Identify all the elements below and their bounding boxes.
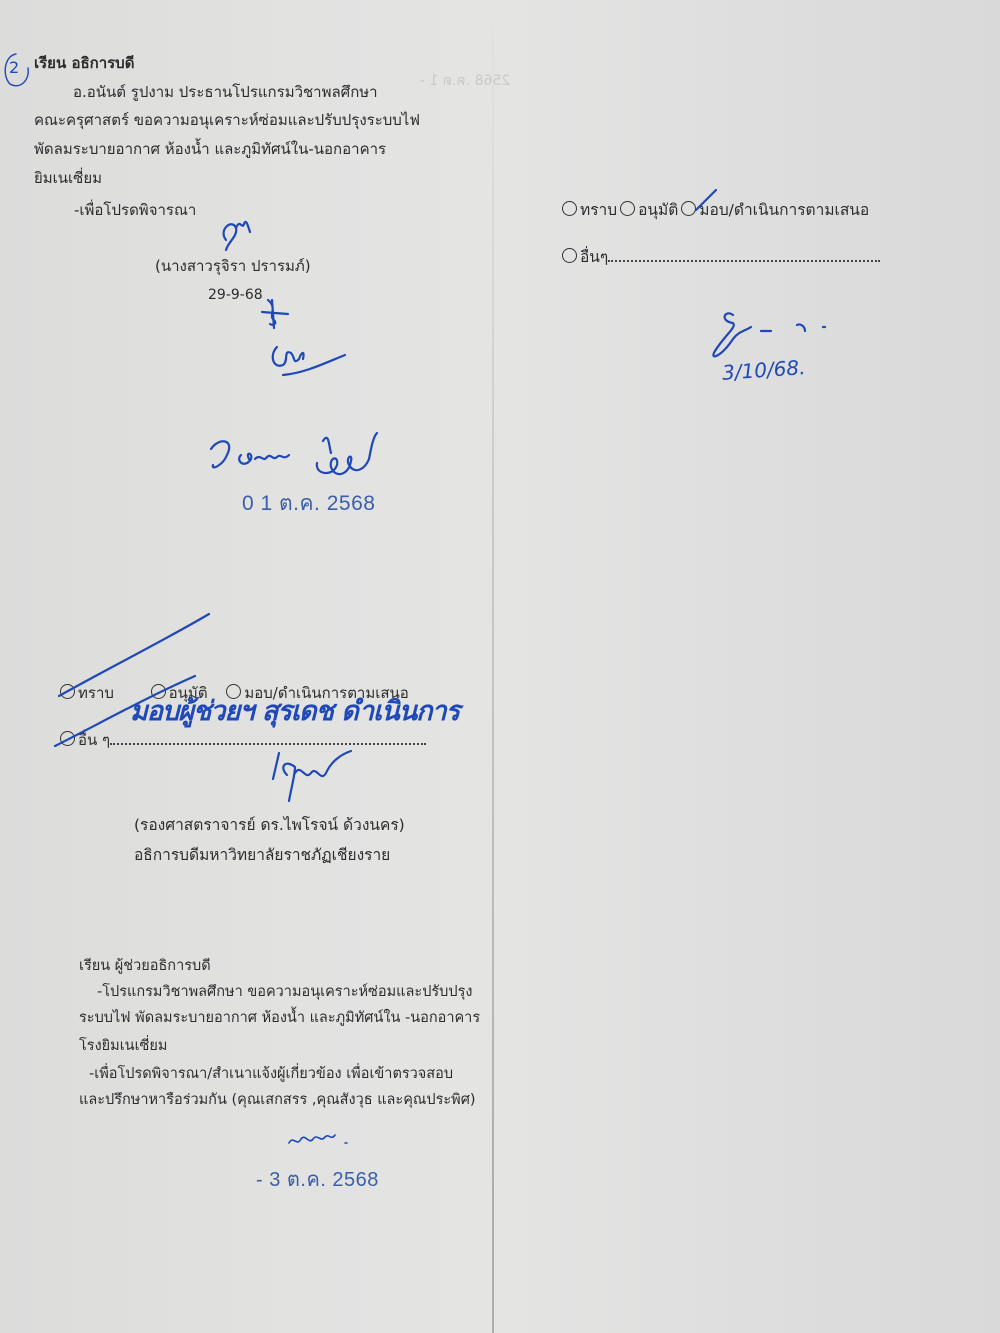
body-line: ยิมเนเซี่ยม <box>34 168 102 188</box>
option-label: ทราบ <box>580 201 617 219</box>
signer-name: (รองศาสตราจารย์ ดร.ไพโรจน์ ด้วงนคร) <box>134 815 405 835</box>
body-line: พัดลมระบายอากาศ ห้องน้ำ และภูมิทัศน์ใน-น… <box>34 139 386 159</box>
other-option: อื่นๆ <box>562 247 880 267</box>
handwritten-initials <box>258 290 298 335</box>
page-fold-line <box>492 0 494 1333</box>
body-line: -โปรแกรมวิชาพลศึกษา ขอความอนุเคราะห์ซ่อม… <box>97 982 472 1002</box>
item-number: 2 <box>9 58 19 78</box>
other-fill-line[interactable] <box>608 260 880 262</box>
body-line: คณะครุศาสตร์ ขอความอนุเคราะห์ซ่อมและปรับ… <box>34 110 420 130</box>
bleed-through-text: 2568 .ค.ต 1 - <box>420 70 510 92</box>
body-line: โรงยิมเนเซี่ยม <box>79 1036 167 1056</box>
signed-date: 29-9-68 <box>208 285 263 305</box>
handwritten-date: 3/10/68. <box>721 357 806 383</box>
signer-title: อธิการบดีมหาวิทยาลัยราชภัฏเชียงราย <box>134 845 390 865</box>
handwritten-signature <box>218 212 258 257</box>
handwritten-receiver-signature <box>205 425 405 490</box>
option-circle[interactable] <box>562 248 577 263</box>
body-line: ระบบไฟ พัดลมระบายอากาศ ห้องน้ำ และภูมิทั… <box>79 1008 480 1028</box>
body-line: -เพื่อโปรดพิจารณา/สำเนาแจ้งผู้เกี่ยวข้อง… <box>89 1064 453 1084</box>
checkmark-icon <box>692 188 720 216</box>
received-date-stamp: 0 1 ต.ค. 2568 <box>242 494 375 514</box>
checkmark-strokes <box>55 610 215 760</box>
option-circle[interactable] <box>620 201 635 216</box>
salutation: เรียน ผู้ช่วยอธิการบดี <box>79 956 211 976</box>
option-label: อนุมัติ <box>638 201 678 219</box>
body-line: และปรึกษาหารือร่วมกัน (คุณเสกสรร ,คุณสัง… <box>79 1090 476 1110</box>
handwritten-signature <box>265 335 355 385</box>
body-line: อ.อนันต์ รูปงาม ประธานโปรแกรมวิชาพลศึกษา <box>73 82 378 102</box>
handwritten-signature <box>265 745 365 805</box>
option-label: มอบ/ดำเนินการตามเสนอ <box>699 201 869 219</box>
date-stamp: - 3 ต.ค. 2568 <box>256 1170 379 1190</box>
purpose-text: -เพื่อโปรดพิจารณา <box>74 200 196 220</box>
signer-name: (นางสาวรุจิรา ปรารมภ์) <box>155 256 311 276</box>
handwritten-initials <box>285 1125 355 1155</box>
salutation: เรียน อธิการบดี <box>34 53 134 73</box>
handwritten-note: มอบผู้ช่วยฯ สุรเดช ดำเนินการ <box>130 702 459 722</box>
option-label: อื่นๆ <box>580 248 608 266</box>
option-circle[interactable] <box>562 201 577 216</box>
